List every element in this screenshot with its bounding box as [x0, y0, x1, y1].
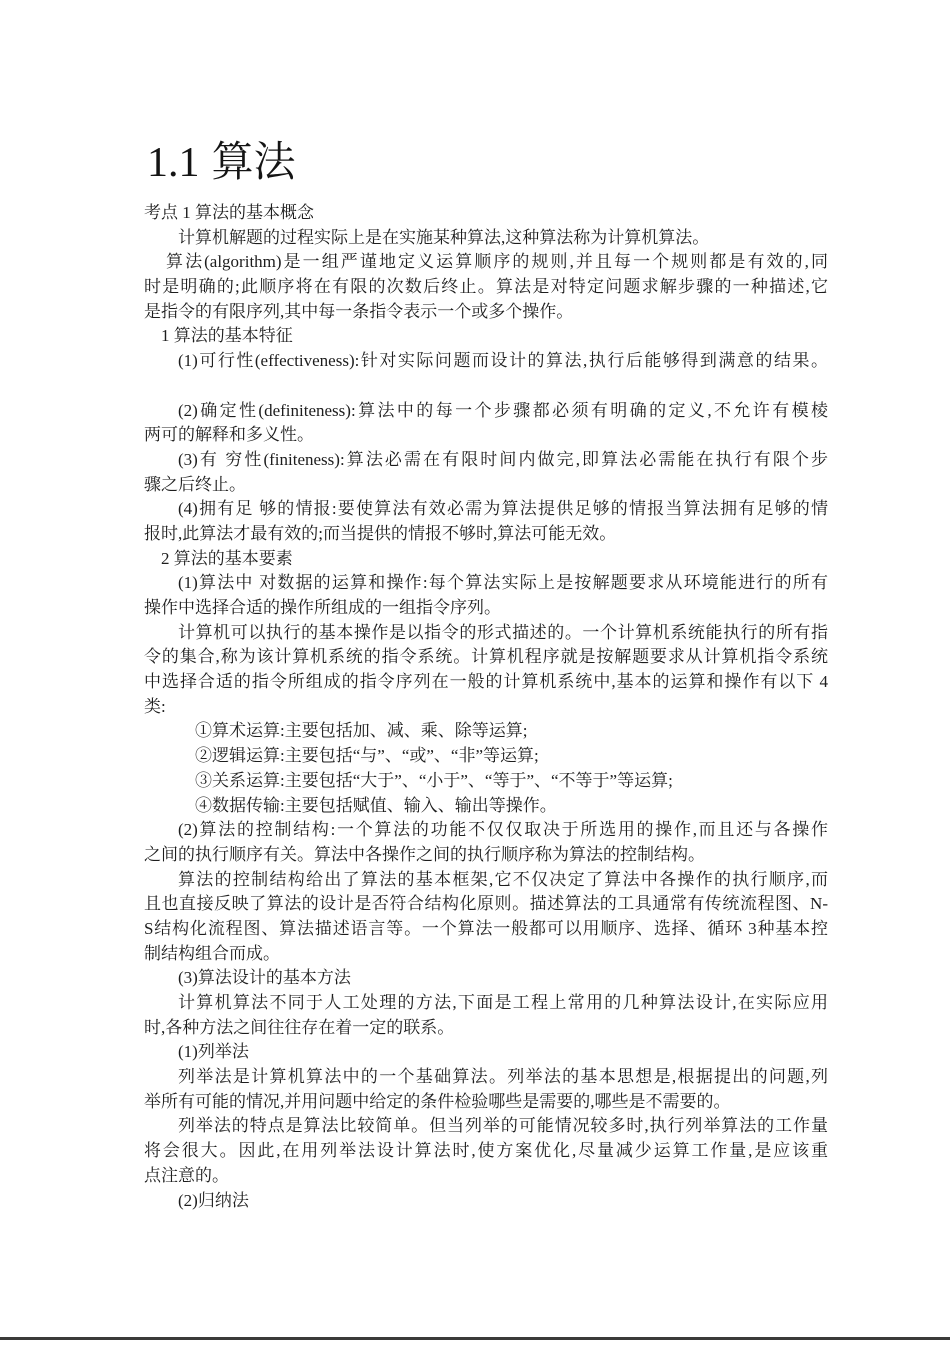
text-line: 列举法是计算机算法中的一个基础算法。列举法的基本思想是,根据提出的问题,列	[144, 1065, 828, 1090]
text-line: (2)归纳法	[144, 1189, 828, 1214]
text-line: 骤之后终止。	[144, 473, 828, 498]
text-line: 之间的执行顺序有关。算法中各操作之间的执行顺序称为算法的控制结构。	[144, 843, 828, 868]
text-line: 算法(algorithm)是一组严谨地定义运算顺序的规则,并且每一个规则都是有效…	[144, 250, 828, 275]
text-line: 制结构组合而成。	[144, 942, 828, 967]
text-line: 1 算法的基本特征	[144, 324, 828, 349]
text-line: ②逻辑运算:主要包括“与”、“或”、“非”等运算;	[144, 744, 828, 769]
text-line: 计算机可以执行的基本操作是以指令的形式描述的。一个计算机系统能执行的所有指	[144, 621, 828, 646]
text-line: 2 算法的基本要素	[144, 547, 828, 572]
text-line: ④数据传输:主要包括赋值、输入、输出等操作。	[144, 794, 828, 819]
text-lines: 考点 1 算法的基本概念计算机解题的过程实际上是在实施某种算法,这种算法称为计算…	[144, 201, 828, 1213]
text-line: 令的集合,称为该计算机系统的指令系统。计算机程序就是按解题要求从计算机指令系统	[144, 645, 828, 670]
text-line: 时,各种方法之间往往存在着一定的联系。	[144, 1016, 828, 1041]
text-line: 时是明确的;此顺序将在有限的次数后终止。算法是对特定问题求解步骤的一种描述,它	[144, 275, 828, 300]
text-line: 类:	[144, 695, 828, 720]
text-line: 将会很大。因此,在用列举法设计算法时,使方案优化,尽量减少运算工作量,是应该重	[144, 1139, 828, 1164]
text-line: 操作中选择合适的操作所组成的一组指令序列。	[144, 596, 828, 621]
text-line: 列举法的特点是算法比较简单。但当列举的可能情况较多时,执行列举算法的工作量	[144, 1114, 828, 1139]
text-line: 计算机解题的过程实际上是在实施某种算法,这种算法称为计算机算法。	[144, 226, 828, 251]
page-title-number: 1.1	[147, 140, 200, 186]
text-line: S结构化流程图、算法描述语言等。一个算法一般都可以用顺序、选择、循环 3种基本控	[144, 917, 828, 942]
text-line: 中选择合适的指令所组成的指令序列在一般的计算机系统中,基本的运算和操作有以下 4	[144, 670, 828, 695]
blank-line	[144, 374, 828, 399]
document-page: 1.1算法 考点 1 算法的基本概念计算机解题的过程实际上是在实施某种算法,这种…	[0, 0, 950, 1348]
text-line: (3)有 穷性(finiteness):算法必需在有限时间内做完,即算法必需能在…	[144, 448, 828, 473]
text-line: (3)算法设计的基本方法	[144, 966, 828, 991]
text-line: ③关系运算:主要包括“大于”、“小于”、“等于”、“不等于”等运算;	[144, 769, 828, 794]
text-line: 考点 1 算法的基本概念	[144, 201, 828, 226]
text-line: 算法的控制结构给出了算法的基本框架,它不仅决定了算法中各操作的执行顺序,而	[144, 868, 828, 893]
text-line: (2)算法的控制结构:一个算法的功能不仅仅取决于所选用的操作,而且还与各操作	[144, 818, 828, 843]
text-line: (1)可行性(effectiveness):针对实际问题而设计的算法,执行后能够…	[144, 349, 828, 374]
page-title: 1.1算法	[147, 137, 296, 189]
text-line: (1)列举法	[144, 1040, 828, 1065]
text-line: 两可的解释和多义性。	[144, 423, 828, 448]
bottom-rule	[0, 1337, 950, 1340]
text-line: 是指令的有限序列,其中每一条指令表示一个或多个操作。	[144, 300, 828, 325]
page-title-text: 算法	[212, 140, 296, 186]
text-line: (1)算法中 对数据的运算和操作:每个算法实际上是按解题要求从环境能进行的所有	[144, 571, 828, 596]
text-line: (2)确定性(definiteness):算法中的每一个步骤都必须有明确的定义,…	[144, 399, 828, 424]
text-line: 点注意的。	[144, 1164, 828, 1189]
text-line: ①算术运算:主要包括加、减、乘、除等运算;	[144, 719, 828, 744]
text-line: 举所有可能的情况,并用问题中给定的条件检验哪些是需要的,哪些是不需要的。	[144, 1090, 828, 1115]
text-line: (4)拥有足 够的情报:要使算法有效必需为算法提供足够的情报当算法拥有足够的情	[144, 497, 828, 522]
text-line: 报时,此算法才最有效的;而当提供的情报不够时,算法可能无效。	[144, 522, 828, 547]
text-line: 计算机算法不同于人工处理的方法,下面是工程上常用的几种算法设计,在实际应用	[144, 991, 828, 1016]
text-line: 且也直接反映了算法的设计是否符合结构化原则。描述算法的工具通常有传统流程图、N-	[144, 892, 828, 917]
